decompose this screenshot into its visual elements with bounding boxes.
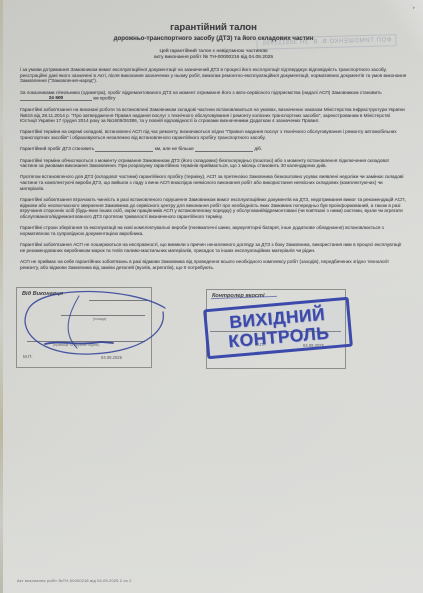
- quality-control-box: Контролер якості М.П. 04.09.2025 ВИХІДНИ…: [206, 289, 346, 369]
- outgoing-control-stamp: ВИХІДНИЙ КОНТРОЛЬ: [203, 296, 353, 359]
- warranty-text-mid: км, але не більше: [155, 146, 194, 151]
- executor-header-line: [89, 300, 147, 301]
- executor-name-line: [27, 341, 145, 342]
- executor-header: Від Виконавця: [22, 291, 63, 297]
- mileage-text-after: км пробігу: [93, 96, 115, 101]
- paragraph-free-repair: Протягом встановленого для ДТЗ (складово…: [20, 174, 407, 191]
- mileage-value-field: 24 600: [20, 95, 92, 101]
- paragraph-mileage: За показниками лічильника (одометра), пр…: [20, 90, 407, 102]
- mileage-text-before: За показниками лічильника (одометра), пр…: [20, 90, 382, 95]
- paragraph-warranty-blanks: Гарантійний пробіг ДТЗ становить км, але…: [20, 146, 407, 152]
- document-subtitle: дорожньо-транспортного засобу (ДТЗ) та й…: [20, 35, 407, 42]
- executor-position-label: (посада): [93, 317, 106, 321]
- executor-seal-label: М.П.: [23, 354, 33, 359]
- executor-position-line: [61, 315, 145, 316]
- paragraph-not-covered: Гарантійні зобов'язання АСП не поширюють…: [20, 242, 407, 253]
- warranty-km-field: [95, 151, 153, 152]
- warranty-days-field: [195, 151, 253, 152]
- executor-signature-box: Від Виконавця (посада) (прізвище та ініц…: [16, 287, 152, 368]
- paragraph-warranty-order: Гарантійні зобов'язання на виконані робо…: [20, 107, 407, 124]
- signature-section: Від Виконавця (посада) (прізвище та ініц…: [20, 284, 407, 376]
- paragraph-term-calculation: Гарантійні терміни обчислюються з момент…: [20, 158, 407, 169]
- paragraph-storage-terms: Гарантійні строки зберігання та експлуат…: [20, 225, 407, 236]
- executor-name-label: (прізвище та ініціали і підпис): [53, 343, 99, 347]
- executor-date: 04.09.2025: [101, 355, 122, 360]
- warranty-text-after: діб.: [254, 146, 262, 151]
- terms-text: і за умови дотримання Замовником вимог е…: [20, 67, 407, 271]
- paragraph-warranty-void: Гарантійні зобов'язання втрачають чинніс…: [20, 197, 407, 220]
- paragraph-conditions: і за умови дотримання Замовником вимог е…: [20, 67, 407, 84]
- document-title: гарантійний талон: [20, 22, 407, 33]
- footer-document-reference: Акт виконання робіт №ТН-00000216 від 04.…: [17, 578, 132, 583]
- intro-line-2: акту виконання робіт № ТН-00000216 від 0…: [20, 55, 407, 61]
- paragraph-refusal: АСП не приймає на себе гарантійних зобов…: [20, 259, 407, 270]
- warranty-text-before: Гарантійний пробіг ДТЗ становить: [20, 146, 94, 151]
- document-body: гарантійний талон дорожньо-транспортного…: [0, 0, 423, 376]
- paragraph-separate-parts: Гарантійні терміни на окремі складові, в…: [20, 129, 407, 140]
- scanned-warranty-document: ’ ФОП ТИМОШЕНКО В. В. ЗН 305112956 гаран…: [0, 0, 423, 593]
